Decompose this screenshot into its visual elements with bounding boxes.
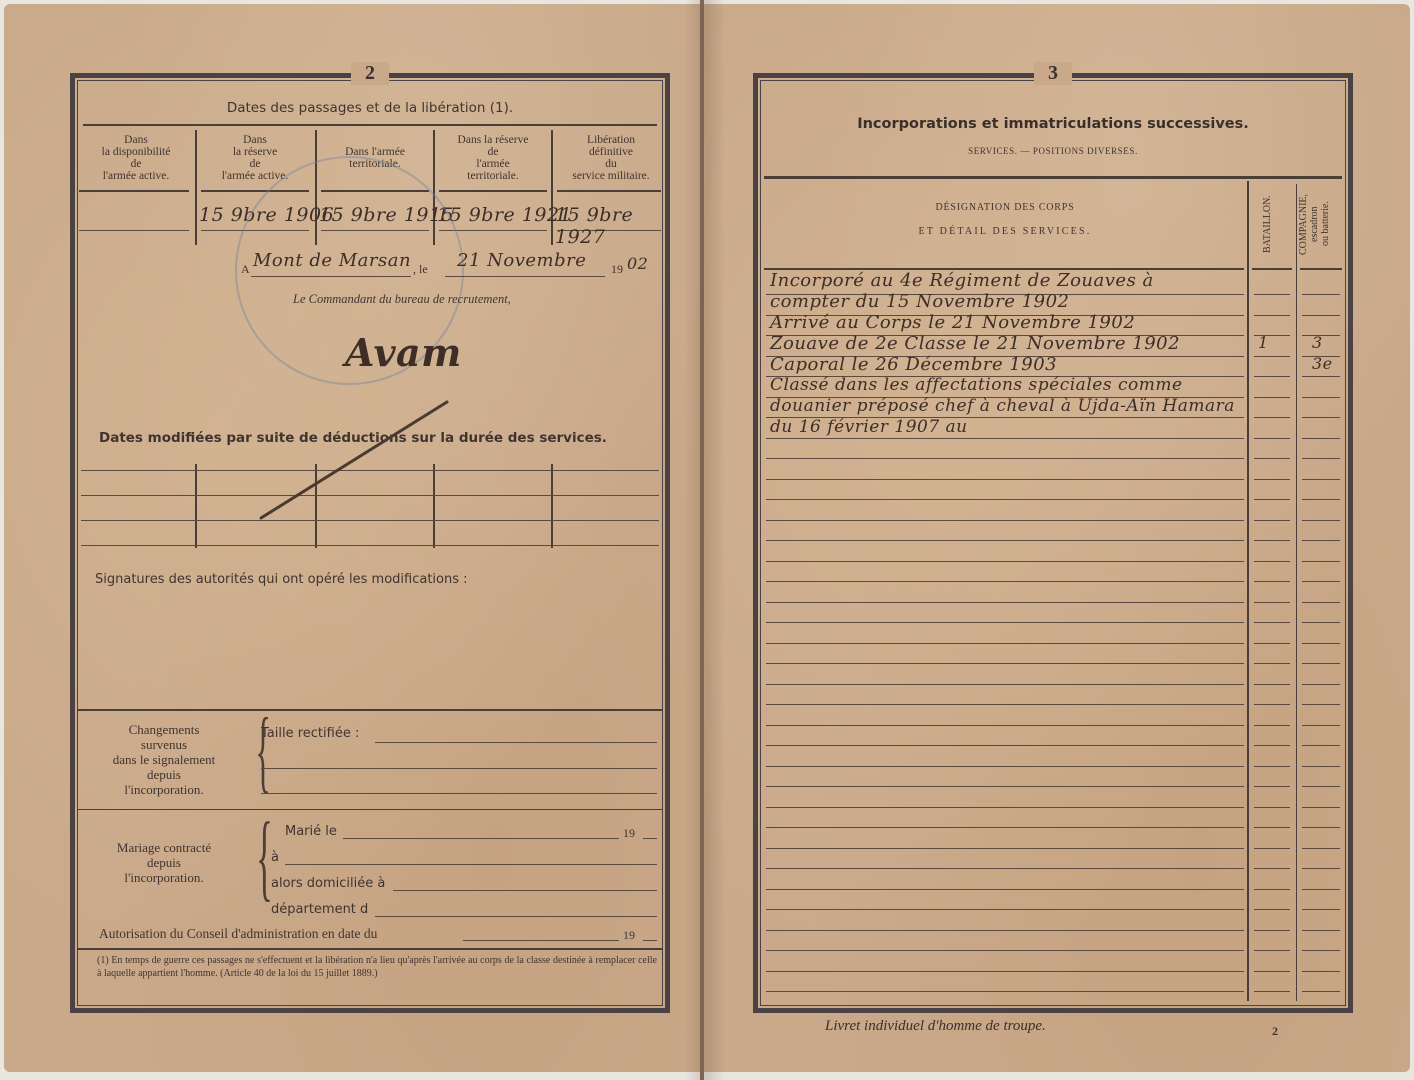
- entry-bataillon: 1: [1258, 333, 1269, 352]
- entry-text: Incorporé au 4e Régiment de Zouaves à: [770, 270, 1154, 291]
- brace: {: [255, 704, 270, 796]
- ruled-line: [1302, 417, 1340, 418]
- ruled-line: [1254, 889, 1290, 890]
- ruled-line: [1254, 397, 1290, 398]
- ruled-line: [1302, 438, 1340, 439]
- ruled-line: [1302, 909, 1340, 910]
- col-divider: [551, 130, 553, 245]
- ruled-line: [1254, 315, 1290, 316]
- place-prefix: A: [241, 262, 250, 277]
- place-line: [251, 276, 411, 277]
- cancel-stroke: [255, 398, 455, 528]
- ruled-line: [1254, 930, 1290, 931]
- ruled-line: [1302, 643, 1340, 644]
- page-number-right: 3: [1034, 62, 1072, 85]
- ruled-line: [1302, 991, 1340, 992]
- taille-line: [375, 742, 657, 743]
- domicile-label: alors domiciliée à: [271, 876, 385, 891]
- ruled-line: [1302, 930, 1340, 931]
- ruled-line: [766, 540, 1244, 541]
- ruled-line: [766, 725, 1244, 726]
- ruled-line: [1302, 294, 1340, 295]
- ruled-line: [1302, 766, 1340, 767]
- ruled-line: [1302, 458, 1340, 459]
- ruled-line: [1302, 663, 1340, 664]
- gutter-shadow: [685, 0, 725, 1080]
- ruled-line: [1254, 479, 1290, 480]
- col-header-reserve-territoriale: Dans la réserve de l'armée territoriale.: [437, 134, 549, 186]
- year-19: 19: [623, 826, 635, 841]
- ruled-line: [1254, 766, 1290, 767]
- ruled-line: [766, 704, 1244, 705]
- col-header-liberation: Libération définitive du service militai…: [555, 134, 667, 186]
- entry-text: compter du 15 Novembre 1902: [770, 291, 1069, 312]
- ruled-line: [766, 991, 1244, 992]
- signatory-title: Le Commandant du bureau de recrutement,: [293, 292, 511, 307]
- ruled-line: [1254, 602, 1290, 603]
- ruled-line: [1254, 704, 1290, 705]
- ruled-line: [766, 889, 1244, 890]
- ruled-line: [1302, 540, 1340, 541]
- ruled-line: [1302, 971, 1340, 972]
- departement-line: [375, 916, 657, 917]
- left-page-frame: 2 Dates des passages et de la libération…: [70, 73, 670, 1013]
- date-liberation: 15 9bre 1927: [555, 204, 665, 248]
- col-divider: [551, 464, 553, 548]
- booklet-footer: Livret individuel d'homme de troupe.: [825, 1018, 1046, 1035]
- place-value: Mont de Marsan: [253, 250, 411, 271]
- ruled-line: [1302, 520, 1340, 521]
- ruled-line: [1254, 499, 1290, 500]
- year-line: [643, 838, 657, 839]
- col-designation-line1: DÉSIGNATION DES CORPS: [758, 202, 1252, 213]
- section-rule: [77, 809, 663, 810]
- ruled-line: [1254, 643, 1290, 644]
- ruled-line: [1254, 868, 1290, 869]
- ruled-line: [1302, 725, 1340, 726]
- title-rule: [83, 124, 657, 126]
- date-line: [79, 230, 189, 231]
- ruled-line: [766, 684, 1244, 685]
- ruled-line: [1302, 786, 1340, 787]
- ruled-line: [1302, 950, 1340, 951]
- ruled-line: [1254, 807, 1290, 808]
- ruled-line: [766, 971, 1244, 972]
- date-line: [445, 276, 605, 277]
- col-compagnie: COMPAGNIE, escadron ou batterie.: [1298, 182, 1338, 266]
- ruled-line: [1254, 848, 1290, 849]
- a-label: à: [271, 850, 279, 865]
- ruled-line: [1254, 827, 1290, 828]
- ruled-line: [1254, 745, 1290, 746]
- ruled-line: [1254, 376, 1290, 377]
- marie-le-line: [343, 838, 619, 839]
- taille-line-3: [261, 793, 657, 794]
- header-bottom-rule: [1252, 268, 1292, 270]
- mod-line: [81, 545, 659, 546]
- book-gutter: [700, 0, 704, 1080]
- ruled-line: [766, 561, 1244, 562]
- ruled-line: [1254, 561, 1290, 562]
- changes-label: Changements survenus dans le signalement…: [81, 722, 247, 797]
- date-separator: , le: [413, 262, 428, 277]
- ruled-line: [766, 950, 1244, 951]
- ruled-line: [1302, 315, 1340, 316]
- entry-text: Classé dans les affectations spéciales c…: [770, 375, 1183, 395]
- ruled-line: [1254, 684, 1290, 685]
- col-designation-line2: ET DÉTAIL DES SERVICES.: [758, 226, 1252, 237]
- ruled-line: [1254, 663, 1290, 664]
- ruled-line: [766, 520, 1244, 521]
- year-prefix: 19: [611, 262, 623, 277]
- year-line: [643, 940, 657, 941]
- ruled-line: [766, 602, 1244, 603]
- ruled-line: [766, 807, 1244, 808]
- ruled-line: [1254, 540, 1290, 541]
- ruled-line: [766, 909, 1244, 910]
- booklet-footer-page: 2: [1272, 1024, 1278, 1039]
- ruled-line: [766, 868, 1244, 869]
- ruled-line: [1302, 479, 1340, 480]
- departement-label: département d: [271, 902, 368, 917]
- domicile-line: [393, 890, 657, 891]
- col-divider: [195, 130, 197, 245]
- ruled-line: [1302, 602, 1340, 603]
- year-19: 19: [623, 928, 635, 943]
- commander-signature: Avam: [345, 330, 462, 375]
- ruled-line: [766, 622, 1244, 623]
- ruled-line: [1254, 356, 1290, 357]
- ruled-line: [1302, 397, 1340, 398]
- header-rule: [79, 190, 189, 192]
- ruled-line: [1302, 889, 1340, 890]
- header-top-rule: [764, 176, 1342, 179]
- footnote: (1) En temps de guerre ces passages ne s…: [97, 954, 657, 980]
- ruled-line: [1254, 438, 1290, 439]
- entry-text: douanier préposé chef à cheval à Ujda-Aï…: [770, 396, 1235, 416]
- ruled-line: [1254, 786, 1290, 787]
- ruled-line: [1254, 991, 1290, 992]
- right-page-frame: 3 Incorporations et immatriculations suc…: [753, 73, 1353, 1013]
- entry-text: Arrivé au Corps le 21 Novembre 1902: [770, 312, 1135, 333]
- incorporations-title: Incorporations et immatriculations succe…: [758, 116, 1348, 132]
- a-line: [285, 864, 657, 865]
- ruled-line: [766, 827, 1244, 828]
- ruled-line: [1302, 499, 1340, 500]
- ruled-line: [1254, 725, 1290, 726]
- ruled-line: [1254, 622, 1290, 623]
- ruled-line: [1302, 684, 1340, 685]
- ruled-line: [1302, 376, 1340, 377]
- ruled-line: [766, 745, 1244, 746]
- incorporations-subtitle: SERVICES. — POSITIONS DIVERSES.: [758, 146, 1348, 156]
- ruled-line: [1302, 827, 1340, 828]
- ruled-line: [1254, 971, 1290, 972]
- entry-compagnie: 3e: [1312, 354, 1333, 373]
- ruled-line: [766, 766, 1244, 767]
- ruled-line: [1302, 561, 1340, 562]
- ruled-line: [1302, 622, 1340, 623]
- entry-text: Caporal le 26 Décembre 1903: [770, 354, 1057, 375]
- col-divider-compagnie: [1296, 184, 1297, 1001]
- entry-text: Zouave de 2e Classe le 21 Novembre 1902: [770, 333, 1180, 354]
- ruled-line: [1254, 458, 1290, 459]
- section-rule: [77, 709, 663, 711]
- ruled-line: [766, 930, 1244, 931]
- col-divider-bataillon: [1247, 181, 1249, 1001]
- ruled-line: [766, 438, 1244, 439]
- col-divider: [195, 464, 197, 548]
- ruled-line: [766, 458, 1244, 459]
- ruled-line: [1302, 848, 1340, 849]
- date-reserve-territoriale: 15 9bre 1921: [437, 204, 572, 226]
- ruled-line: [766, 663, 1244, 664]
- ruled-line: [766, 581, 1244, 582]
- year-suffix: 02: [627, 254, 648, 273]
- header-bottom-rule: [1300, 268, 1342, 270]
- ruled-line: [766, 479, 1244, 480]
- header-rule: [557, 190, 661, 192]
- ruled-line: [1254, 909, 1290, 910]
- ruled-line: [766, 643, 1244, 644]
- marriage-label: Mariage contracté depuis l'incorporation…: [81, 840, 247, 885]
- col-bataillon: BATAILLON.: [1262, 182, 1276, 266]
- passages-title: Dates des passages et de la libération (…: [75, 100, 665, 116]
- footnote-rule: [77, 948, 663, 950]
- ruled-line: [1254, 581, 1290, 582]
- autorisation-label: Autorisation du Conseil d'administration…: [99, 926, 377, 942]
- col-header-disponibilite: Dans la disponibilité de l'armée active.: [81, 134, 191, 186]
- ruled-line: [1302, 704, 1340, 705]
- taille-line-2: [261, 768, 657, 769]
- ruled-line: [766, 499, 1244, 500]
- autorisation-line: [463, 940, 619, 941]
- ruled-line: [1254, 520, 1290, 521]
- entry-text: du 16 février 1907 au: [770, 417, 968, 437]
- ruled-line: [766, 848, 1244, 849]
- ruled-line: [1254, 294, 1290, 295]
- entry-compagnie: 3: [1312, 333, 1323, 352]
- ruled-line: [1254, 950, 1290, 951]
- ruled-line: [1302, 807, 1340, 808]
- ruled-line: [766, 786, 1244, 787]
- signatures-label: Signatures des autorités qui ont opéré l…: [95, 572, 468, 587]
- page-number-left: 2: [351, 62, 389, 85]
- ruled-line: [1302, 745, 1340, 746]
- ruled-line: [1302, 868, 1340, 869]
- signature-date: 21 Novembre: [457, 250, 586, 271]
- marie-le-label: Marié le: [285, 824, 337, 839]
- ruled-line: [1254, 417, 1290, 418]
- taille-label: Taille rectifiée :: [261, 726, 359, 741]
- ruled-line: [1302, 581, 1340, 582]
- header-rule: [439, 190, 547, 192]
